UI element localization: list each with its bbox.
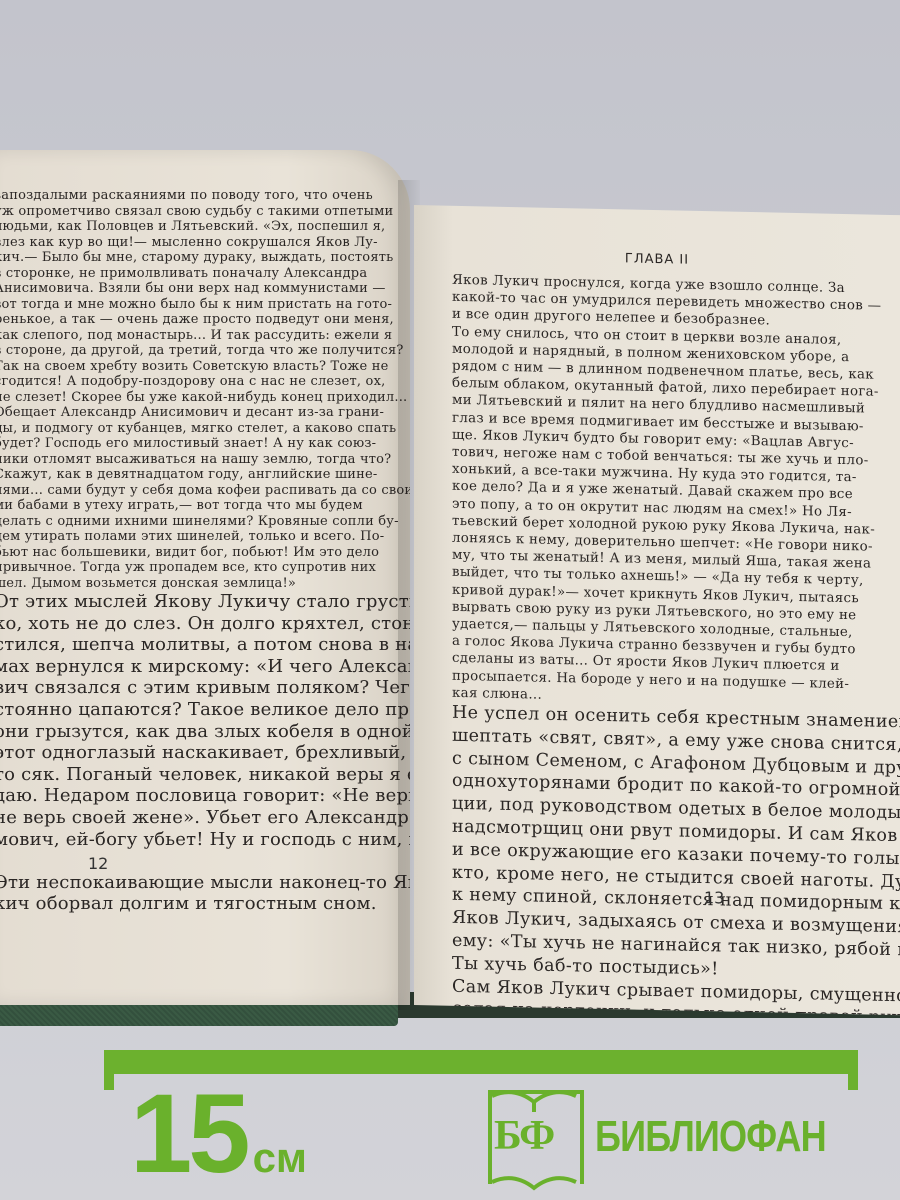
- right-page-text: Яков Лукич проснулся, когда уже взошло с…: [452, 272, 900, 1015]
- text-line: даю. Недаром пословица говорит: «Не верь…: [0, 785, 404, 807]
- text-line: уж опрометчиво связал свою судьбу с таки…: [0, 204, 404, 220]
- text-line: Эти неспокаивающие мысли наконец-то Яков…: [0, 872, 404, 894]
- left-page-text: запоздалыми раскаяниями по поводу того, …: [0, 188, 404, 915]
- text-line: этот одноглазый наскакивает, брехливый, …: [0, 742, 404, 764]
- text-line: стоянно цапаются? Такое великое дело пре…: [0, 699, 404, 721]
- text-line: как слепого, под монастырь... И так расс…: [0, 328, 404, 344]
- text-line: то сяк. Поганый человек, никакой веры я …: [0, 764, 404, 786]
- text-line: ко, хоть не до слез. Он долго кряхтел, с…: [0, 613, 404, 635]
- text-line: ренькое, а так — очень даже просто подве…: [0, 312, 404, 328]
- text-line: кич.— Было бы мне, старому дураку, выжда…: [0, 250, 404, 266]
- text-line: в стороне, да другой, да третий, тогда ч…: [0, 343, 404, 359]
- scale-ruler-right-tick: [848, 1050, 858, 1090]
- text-line: [0, 850, 404, 872]
- text-line: ми бабами в утеху играть,— вот тогда что…: [0, 498, 404, 514]
- text-line: ники отломят высаживаться на нашу землю,…: [0, 452, 404, 468]
- text-line: не верь своей жене». Убьет его Александр…: [0, 807, 404, 829]
- text-line: делать с одними ихними шинелями? Кровяны…: [0, 514, 404, 530]
- scale-size-unit: см: [253, 1134, 307, 1181]
- text-line: Скажут, как в девятнадцатом году, англий…: [0, 467, 404, 483]
- text-line: не слезет! Скорее бы уже какой-нибудь ко…: [0, 390, 404, 406]
- text-line: привычное. Тогда уж пропадем все, кто су…: [0, 560, 404, 576]
- text-line: вот тогда и мне можно было бы к ним прис…: [0, 297, 404, 313]
- text-line: От этих мыслей Якову Лукичу стало грустн…: [0, 591, 404, 613]
- right-page: ГЛАВА II Яков Лукич проснулся, когда уже…: [414, 205, 900, 1015]
- text-line: цы, и подмогу от кубанцев, мягко стелет,…: [0, 421, 404, 437]
- text-line: они грызутся, как два злых кобеля в одно…: [0, 721, 404, 743]
- text-line: людьми, как Половцев и Лятьевский. «Эх, …: [0, 219, 404, 235]
- text-line: мович, ей-богу убьет! Ну и господь с ним…: [0, 829, 404, 851]
- scale-size-number: 15: [130, 1071, 247, 1196]
- text-line: Так на своем хребту возить Советскую вла…: [0, 359, 404, 375]
- left-page: запоздалыми раскаяниями по поводу того, …: [0, 150, 410, 1005]
- right-page-number: 13: [704, 888, 724, 907]
- text-line: вич связался с этим кривым поляком? Чего…: [0, 677, 404, 699]
- text-line: сгодится! А подобру-поздорову она с нас …: [0, 374, 404, 390]
- brand-name: БИБЛИОФАН: [595, 1112, 826, 1162]
- bibliofan-logo: БФ: [488, 1090, 580, 1190]
- logo-letters: БФ: [494, 1112, 553, 1160]
- text-line: кич оборвал долгим и тягостным сном.: [0, 893, 404, 915]
- text-line: бьют нас большевики, видит бог, побьют! …: [0, 545, 404, 561]
- text-line: дем утирать полами этих шинелей, только …: [0, 529, 404, 545]
- scale-size-label: 15см: [130, 1078, 307, 1190]
- text-line: в сторонке, не примолвливать поначалу Ал…: [0, 266, 404, 282]
- scale-ruler-left-tick: [104, 1050, 114, 1090]
- text-line: запоздалыми раскаяниями по поводу того, …: [0, 188, 404, 204]
- text-line: Анисимовича. Взяли бы они верх над комму…: [0, 281, 404, 297]
- chapter-title: ГЛАВА II: [414, 247, 900, 272]
- text-line: будет? Господь его милостивый знает! А н…: [0, 436, 404, 452]
- text-line: Обещает Александр Анисимович и десант из…: [0, 405, 404, 421]
- text-line: мах вернулся к мирскому: «И чего Алексан…: [0, 656, 404, 678]
- left-page-number: 12: [88, 854, 108, 873]
- text-line: лями... сами будут у себя дома кофеи рас…: [0, 483, 404, 499]
- text-line: влез как кур во щи!— мысленно сокрушался…: [0, 235, 404, 251]
- text-line: стился, шепча молитвы, а потом снова в н…: [0, 634, 404, 656]
- text-line: шел. Дымом возьмется донская землица!»: [0, 576, 404, 592]
